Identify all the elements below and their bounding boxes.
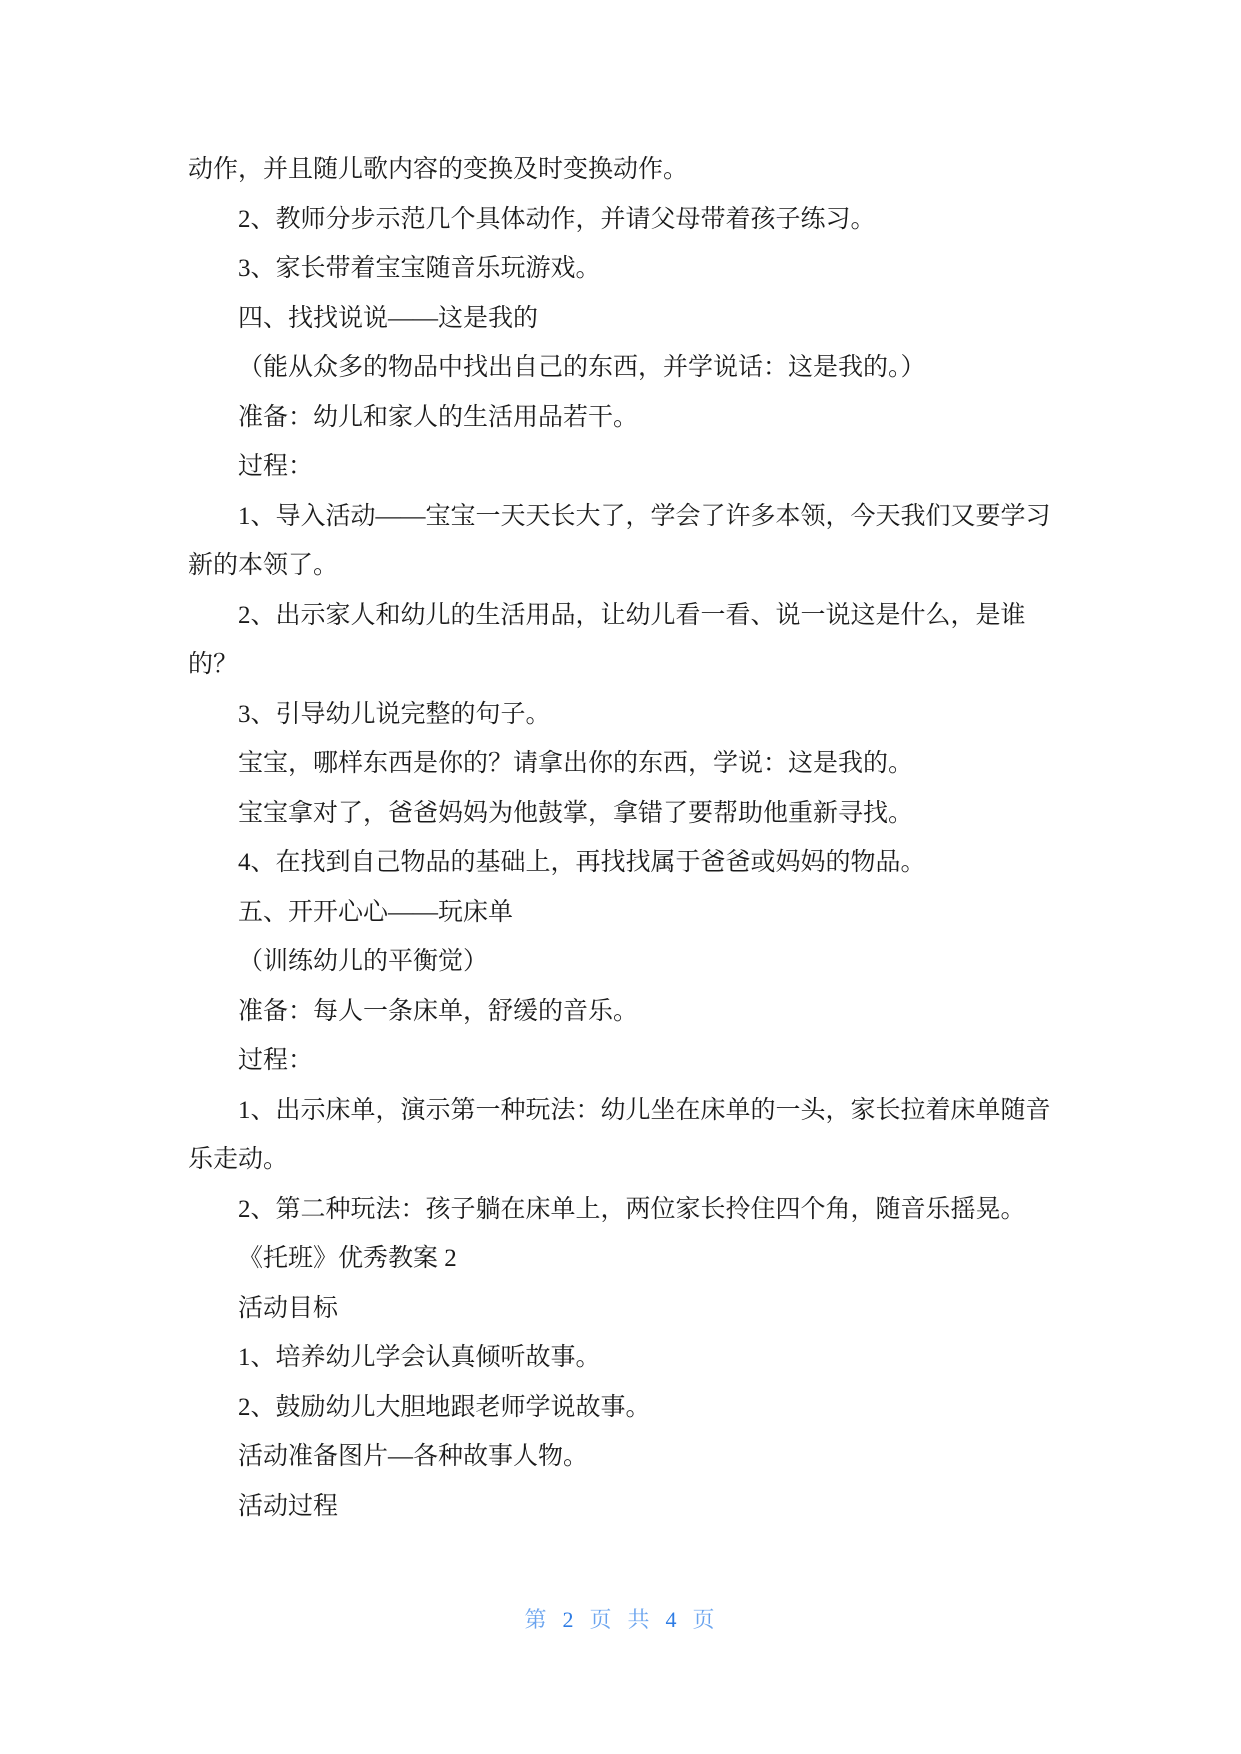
text-line: 过程：: [188, 1036, 1078, 1086]
footer-label-page: 页: [589, 1607, 613, 1632]
footer-label-prefix: 第: [524, 1607, 548, 1632]
footer-total-pages: 4: [666, 1607, 679, 1632]
text-line: 宝宝拿对了，爸爸妈妈为他鼓掌，拿错了要帮助他重新寻找。: [188, 789, 1078, 839]
text-line: 动作，并且随儿歌内容的变换及时变换动作。: [188, 145, 1078, 195]
text-line: 活动目标: [188, 1284, 1078, 1334]
text-line: 2、出示家人和幼儿的生活用品，让幼儿看一看、说一说这是什么，是谁: [188, 591, 1078, 641]
text-line: 五、开开心心——玩床单: [188, 888, 1078, 938]
text-line: 四、找找说说——这是我的: [188, 294, 1078, 344]
text-line: 宝宝，哪样东西是你的？请拿出你的东西，学说：这是我的。: [188, 739, 1078, 789]
text-line: 乐走动。: [188, 1135, 1078, 1185]
document-body: 动作，并且随儿歌内容的变换及时变换动作。2、教师分步示范几个具体动作，并请父母带…: [188, 145, 1078, 1531]
text-line: 3、家长带着宝宝随音乐玩游戏。: [188, 244, 1078, 294]
text-line: 2、第二种玩法：孩子躺在床单上，两位家长拎住四个角，随音乐摇晃。: [188, 1185, 1078, 1235]
text-line: 的？: [188, 640, 1078, 690]
footer-label-of: 共: [628, 1607, 652, 1632]
text-line: （能从众多的物品中找出自己的东西，并学说话：这是我的。）: [188, 343, 1078, 393]
text-line: （训练幼儿的平衡觉）: [188, 937, 1078, 987]
text-line: 2、教师分步示范几个具体动作，并请父母带着孩子练习。: [188, 195, 1078, 245]
document-page: 动作，并且随儿歌内容的变换及时变换动作。2、教师分步示范几个具体动作，并请父母带…: [0, 0, 1241, 1754]
text-line: 准备：每人一条床单，舒缓的音乐。: [188, 987, 1078, 1037]
text-line: 活动准备图片—各种故事人物。: [188, 1432, 1078, 1482]
text-line: 1、导入活动——宝宝一天天长大了，学会了许多本领，今天我们又要学习: [188, 492, 1078, 542]
text-line: 4、在找到自己物品的基础上，再找找属于爸爸或妈妈的物品。: [188, 838, 1078, 888]
page-footer: 第2页共4页: [0, 1605, 1241, 1635]
text-line: 2、鼓励幼儿大胆地跟老师学说故事。: [188, 1383, 1078, 1433]
text-line: 《托班》优秀教案 2: [188, 1234, 1078, 1284]
text-line: 活动过程: [188, 1482, 1078, 1532]
text-line: 3、引导幼儿说完整的句子。: [188, 690, 1078, 740]
footer-page-number: 2: [562, 1607, 575, 1632]
footer-label-page-suffix: 页: [693, 1607, 717, 1632]
text-line: 1、出示床单，演示第一种玩法：幼儿坐在床单的一头，家长拉着床单随音: [188, 1086, 1078, 1136]
text-line: 1、培养幼儿学会认真倾听故事。: [188, 1333, 1078, 1383]
text-line: 新的本领了。: [188, 541, 1078, 591]
text-line: 过程：: [188, 442, 1078, 492]
text-line: 准备：幼儿和家人的生活用品若干。: [188, 393, 1078, 443]
